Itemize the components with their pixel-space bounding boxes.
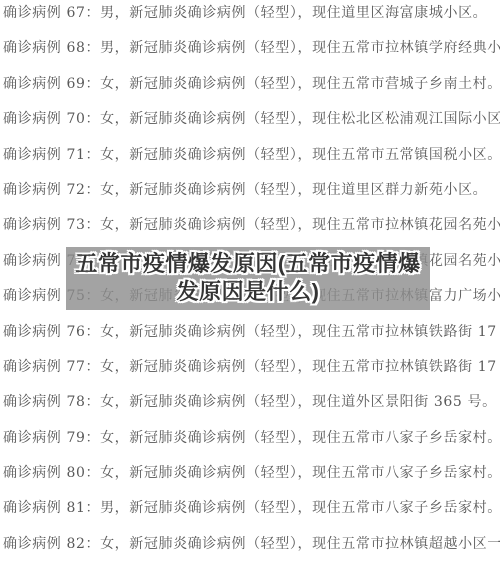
case-row: 确诊病例 68：男，新冠肺炎确诊病例（轻型），现住五常市拉林镇学府经典小区。 bbox=[0, 37, 500, 72]
case-row: 确诊病例 72：女，新冠肺炎确诊病例（轻型），现住道里区群力新苑小区。 bbox=[0, 179, 500, 214]
case-row: 确诊病例 80：女，新冠肺炎确诊病例（轻型），现住五常市八家子乡岳家村。 bbox=[0, 462, 500, 497]
title-overlay: 五常市疫情爆发原因(五常市疫情爆 发原因是什么) bbox=[66, 247, 430, 310]
case-row: 确诊病例 76：女，新冠肺炎确诊病例（轻型），现住五常市拉林镇铁路街 17 号宏… bbox=[0, 321, 500, 356]
overlay-title-line1: 五常市疫情爆发原因(五常市疫情爆 bbox=[66, 250, 430, 278]
case-row: 确诊病例 73：女，新冠肺炎确诊病例（轻型），现住五常市拉林镇花园名苑小区。 bbox=[0, 214, 500, 249]
article-page: 确诊病例 67：男，新冠肺炎确诊病例（轻型），现住道里区海富康城小区。确诊病例 … bbox=[0, 0, 500, 563]
case-row: 确诊病例 78：女，新冠肺炎确诊病例（轻型），现住道外区景阳街 365 号。 bbox=[0, 391, 500, 426]
case-row: 确诊病例 81：男，新冠肺炎确诊病例（轻型），现住五常市八家子乡岳家村。 bbox=[0, 497, 500, 532]
case-row: 确诊病例 69：女，新冠肺炎确诊病例（轻型），现住五常市营城子乡南土村。 bbox=[0, 73, 500, 108]
case-row: 确诊病例 77：女，新冠肺炎确诊病例（轻型），现住五常市拉林镇铁路街 17 号宏… bbox=[0, 356, 500, 391]
case-row: 确诊病例 70：女，新冠肺炎确诊病例（轻型），现住松北区松浦观江国际小区。 bbox=[0, 108, 500, 143]
case-row: 确诊病例 67：男，新冠肺炎确诊病例（轻型），现住道里区海富康城小区。 bbox=[0, 2, 500, 37]
case-row: 确诊病例 82：女，新冠肺炎确诊病例（轻型），现住五常市拉林镇超越小区一期。 bbox=[0, 533, 500, 563]
overlay-title-line2: 发原因是什么) bbox=[66, 278, 430, 306]
case-row: 确诊病例 71：女，新冠肺炎确诊病例（轻型），现住五常市五常镇国税小区。 bbox=[0, 144, 500, 179]
case-row: 确诊病例 79：女，新冠肺炎确诊病例（轻型），现住五常市八家子乡岳家村。 bbox=[0, 427, 500, 462]
